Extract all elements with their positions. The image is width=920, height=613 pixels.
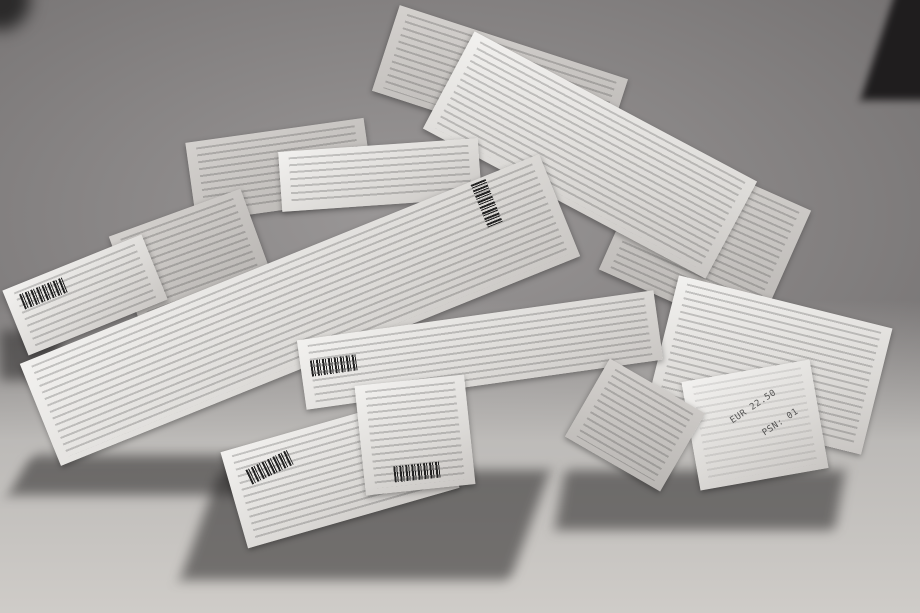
receipt: EUR 22.50 PSN: 01 — [681, 360, 828, 491]
receipt — [355, 375, 476, 496]
photo-scene: EUR 22.50 PSN: 01 — [0, 0, 920, 613]
dark-corner — [0, 0, 30, 30]
dark-edge — [861, 0, 920, 100]
